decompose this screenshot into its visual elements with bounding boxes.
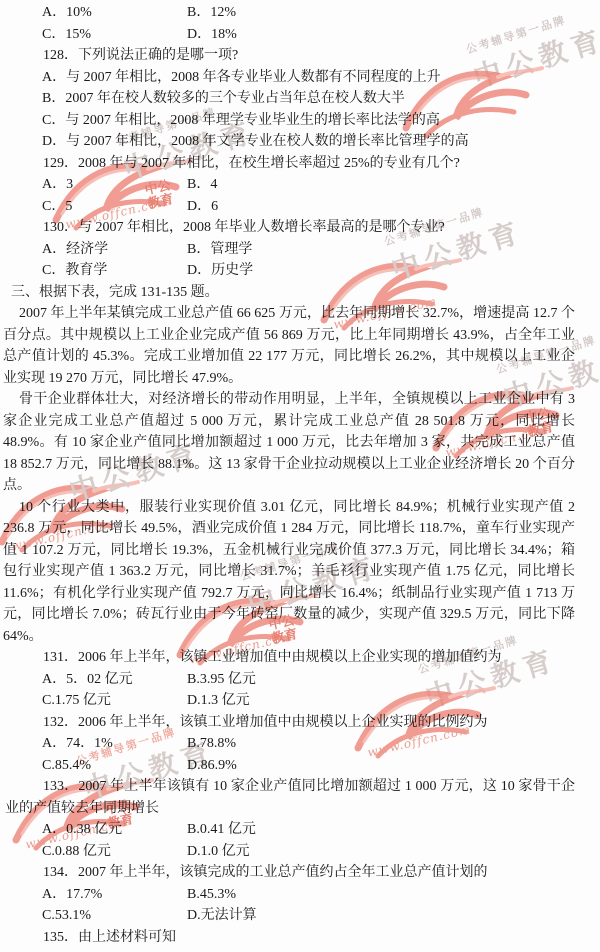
options-q129: A．3B．4C．5D．6: [3, 174, 575, 217]
section-heading: 三、根据下表，完成 131-135 题。: [3, 282, 575, 304]
option-cell: D．6: [187, 196, 575, 218]
option-cell: A．74．1%: [42, 733, 187, 755]
option-cell: A．经济学: [42, 239, 187, 261]
option-cell: B．12%: [187, 2, 575, 24]
option-cell: D.1.0 亿元: [187, 841, 575, 863]
option-cell: A．3: [42, 174, 187, 196]
option-cell: B.0.41 亿元: [187, 819, 575, 841]
option-cell: C.1.75 亿元: [42, 690, 187, 712]
options-q128-line: A．与 2007 年相比，2008 年各专业毕业人数都有不同程度的上升: [3, 67, 575, 89]
options-q128-line: C．与 2007 年相比，2008 年理学专业毕业生的增长率比法学的高: [3, 110, 575, 132]
option-cell: B.3.95 亿元: [187, 669, 575, 691]
material-paragraph-3: 10 个行业大类中，服装行业实现价值 3.01 亿元，同比增长 84.9%；机械…: [3, 497, 575, 648]
option-cell: B.78.8%: [187, 733, 575, 755]
material-paragraph-1: 2007 年上半年某镇完成工业总产值 66 625 万元，比去年同期增长 32.…: [3, 303, 575, 389]
options-q128-line: B．2007 年在校人数较多的三个专业占当年总在校人数大半: [3, 88, 575, 110]
options-q134: A．17.7%B.45.3%C.53.1%D.无法计算: [3, 884, 575, 927]
options-q133: A．0.38 亿元B.0.41 亿元C.0.88 亿元D.1.0 亿元: [3, 819, 575, 862]
question-130: 130．与 2007 年相比，2008 年毕业人数增长率最高的是哪个专业?: [3, 217, 575, 239]
question-135: 135．由上述材料可知: [3, 927, 575, 949]
option-cell: C.85.4%: [42, 755, 187, 777]
option-cell: B.45.3%: [187, 884, 575, 906]
question-129: 129．2008 年与 2007 年相比，在校生增长率超过 25%的专业有几个?: [3, 153, 575, 175]
options-q131: A．5．02 亿元B.3.95 亿元C.1.75 亿元D.1.3 亿元: [3, 669, 575, 712]
option-cell: C.0.88 亿元: [42, 841, 187, 863]
option-cell: A．17.7%: [42, 884, 187, 906]
question-132: 132．2006 年上半年，该镇工业增加值中由规模以上企业实现的比例约为: [3, 712, 575, 734]
option-cell: B．4: [187, 174, 575, 196]
option-cell: C．5: [42, 196, 187, 218]
option-cell: D.无法计算: [187, 905, 575, 927]
option-cell: A．5．02 亿元: [42, 669, 187, 691]
question-128: 128．下列说法正确的是哪一项?: [3, 45, 575, 67]
option-cell: C．15%: [42, 24, 187, 46]
question-134: 134．2007 年上半年，该镇完成的工业总产值约占全年工业总产值计划的: [3, 862, 575, 884]
option-cell: D.86.9%: [187, 755, 575, 777]
options-q130: A．经济学B．管理学C．教育学D．历史学: [3, 239, 575, 282]
options-q132: A．74．1%B.78.8%C.85.4%D.86.9%: [3, 733, 575, 776]
option-cell: C.53.1%: [42, 905, 187, 927]
options-q127: A．10%B．12%C．15%D．18%: [3, 2, 575, 45]
option-cell: A．10%: [42, 2, 187, 24]
question-131: 131．2006 年上半年，该镇工业增加值中由规模以上企业实现的增加值约为: [3, 647, 575, 669]
option-cell: D．历史学: [187, 260, 575, 282]
option-cell: D．18%: [187, 24, 575, 46]
options-q128-line: D．与 2007 年相比，2008 年文学专业在校人数的增长率比管理学的高: [3, 131, 575, 153]
option-cell: D.1.3 亿元: [187, 690, 575, 712]
exam-text-content: A．10%B．12%C．15%D．18%128．下列说法正确的是哪一项?A．与 …: [3, 2, 575, 948]
option-cell: A．0.38 亿元: [42, 819, 187, 841]
option-cell: C．教育学: [42, 260, 187, 282]
question-133: 133．2007 年上半年该镇有 10 家企业产值同比增加额超过 1 000 万…: [3, 776, 575, 819]
material-paragraph-2: 骨干企业群体壮大，对经济增长的带动作用明显，上半年，全镇规模以上工业企业中有 3…: [3, 389, 575, 497]
option-cell: B．管理学: [187, 239, 575, 261]
exam-document-page: 公考辅导第一品牌中公教育 中公教育公考辅导第一品牌www.offcn.com中公…: [0, 0, 600, 952]
